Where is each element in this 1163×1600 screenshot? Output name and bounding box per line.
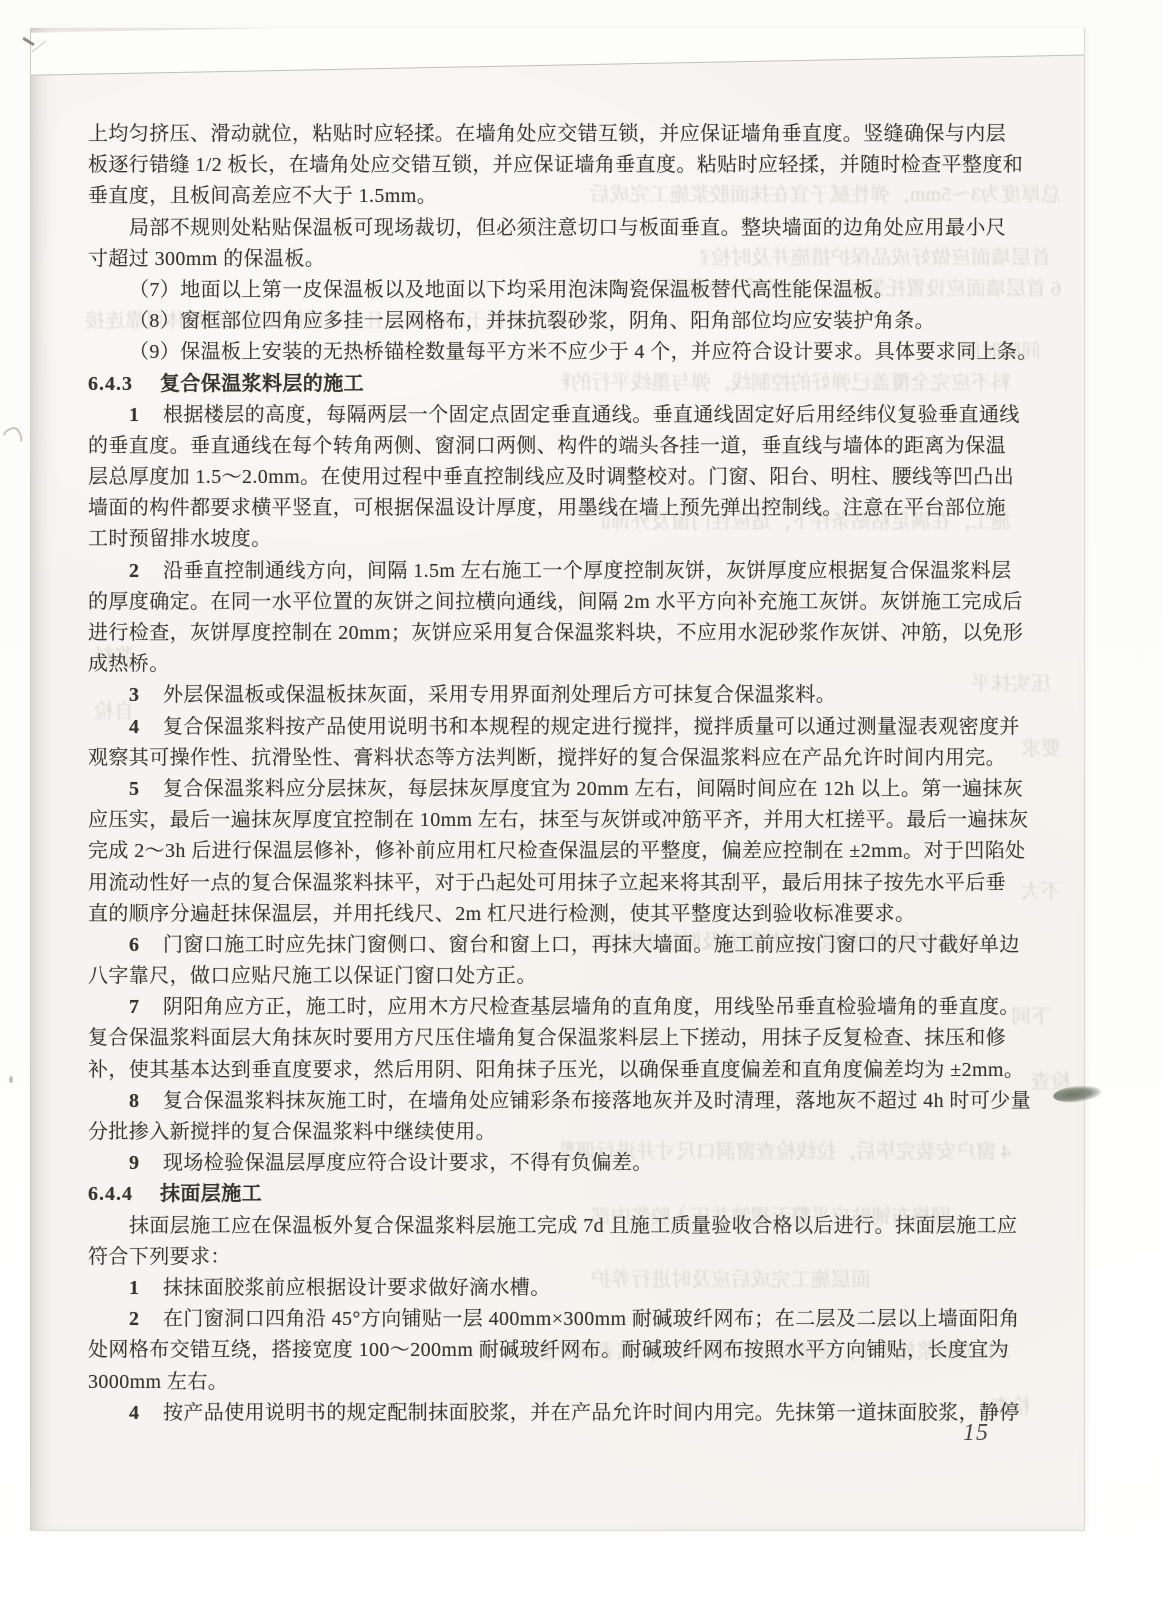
line-text: 复合保温浆料应分层抹灰，每层抹灰厚度宜为 20mm 左右，间隔时间应在 12h … [163, 778, 1023, 800]
text-line: 6.4.4抹面层施工 [88, 1179, 1008, 1210]
page-number: 15 [963, 1420, 1023, 1447]
line-text: 的厚度确定。在同一水平位置的灰饼之间拉横向通线，间隔 2m 水平方向补充施工灰饼… [88, 591, 1023, 613]
bleedthrough-line: 不大 [1001, 880, 1061, 904]
text-line: 符合下列要求： [88, 1242, 1008, 1273]
line-text: 门窗口施工时应先抹门窗侧口、窗台和窗上口，再抹大墙面。施工前应按门窗口的尺寸截好… [163, 934, 1020, 956]
text-line: 复合保温浆料面层大角抹灰时要用方尺压住墙角复合保温浆料层上下搓动，用抹子反复检查… [88, 1023, 1008, 1054]
line-text: 在门窗洞口四角沿 45°方向铺贴一层 400mm×300mm 耐碱玻纤网布；在二… [163, 1308, 1020, 1330]
item-number: 5 [129, 778, 140, 800]
text-line: 抹面层施工应在保温板外复合保温浆料层施工完成 7d 且施工质量验收合格以后进行。… [88, 1211, 1008, 1242]
line-text: 根据楼层的高度，每隔两层一个固定点固定垂直通线。垂直通线固定好后用经纬仪复验垂直… [163, 404, 1020, 426]
item-number: 4 [129, 1402, 140, 1424]
text-line: 4复合保温浆料按产品使用说明书和本规程的规定进行搅拌，搅拌质量可以通过测量湿表观… [88, 712, 1008, 743]
line-text: 观察其可操作性、抗滑坠性、膏料状态等方法判断，搅拌好的复合保温浆料应在产品允许时… [88, 747, 1006, 769]
line-text: 抹抹面胶浆前应根据设计要求做好滴水槽。 [163, 1277, 551, 1299]
text-line: 的垂直度。垂直通线在每个转角两侧、窗洞口两侧、构件的端头各挂一道，垂直线与墙体的… [88, 431, 1008, 462]
line-text: 分批掺入新搅拌的复合保温浆料中继续使用。 [88, 1121, 496, 1143]
line-text: 的垂直度。垂直通线在每个转角两侧、窗洞口两侧、构件的端头各挂一道，垂直线与墙体的… [88, 435, 1006, 457]
pencil-squiggle-mark [0, 425, 25, 452]
text-line: 2沿垂直控制通线方向，间隔 1.5m 左右施工一个厚度控制灰饼，灰饼厚度应根据复… [88, 556, 1008, 587]
line-text: 板逐行错缝 1/2 板长，在墙角处应交错互锁，并应保证墙角垂直度。粘贴时应轻揉，… [88, 154, 1023, 176]
line-text: 垂直度，且板间高差应不大于 1.5mm。 [88, 185, 437, 207]
line-text: 符合下列要求： [88, 1246, 231, 1268]
line-text: 成热桥。 [88, 653, 170, 675]
text-line: 成热桥。 [88, 649, 1008, 680]
item-number: 6 [129, 934, 140, 956]
text-line: 观察其可操作性、抗滑坠性、膏料状态等方法判断，搅拌好的复合保温浆料应在产品允许时… [88, 743, 1008, 774]
item-number: 1 [129, 1277, 140, 1299]
text-line: 4按产品使用说明书的规定配制抹面胶浆，并在产品允许时间内用完。先抹第一道抹面胶浆… [88, 1398, 1008, 1429]
line-text: 抹面层施工 [160, 1183, 262, 1205]
text-line: （9）保温板上安装的无热桥锚栓数量每平方米不应少于 4 个，并应符合设计要求。具… [88, 337, 1008, 368]
line-text: 应压实，最后一遍抹灰厚度宜控制在 10mm 左右，抹至与灰饼或冲筋平齐，并用大杠… [88, 809, 1029, 831]
line-text: 完成 2～3h 后进行保温层修补，修补前应用杠尺检查保温层的平整度，偏差应控制在… [88, 840, 1026, 862]
text-line: 垂直度，且板间高差应不大于 1.5mm。 [88, 181, 1008, 212]
text-line: 5复合保温浆料应分层抹灰，每层抹灰厚度宜为 20mm 左右，间隔时间应在 12h… [88, 774, 1008, 805]
line-text: 局部不规则处粘贴保温板可现场裁切，但必须注意切口与板面垂直。整块墙面的边角处应用… [129, 217, 1006, 239]
text-line: 墙面的构件都要求横平竖直，可根据保温设计厚度，用墨线在墙上预先弹出控制线。注意在… [88, 493, 1008, 524]
text-line: 1抹抹面胶浆前应根据设计要求做好滴水槽。 [88, 1273, 1008, 1304]
text-line: 分批掺入新搅拌的复合保温浆料中继续使用。 [88, 1117, 1008, 1148]
item-number: 6.4.4 [88, 1183, 133, 1205]
line-text: （9）保温板上安装的无热桥锚栓数量每平方米不应少于 4 个，并应符合设计要求。具… [129, 341, 1038, 363]
text-line: 应压实，最后一遍抹灰厚度宜控制在 10mm 左右，抹至与灰饼或冲筋平齐，并用大杠… [88, 805, 1008, 836]
line-text: 墙面的构件都要求横平竖直，可根据保温设计厚度，用墨线在墙上预先弹出控制线。注意在… [88, 497, 1006, 519]
text-line: 用流动性好一点的复合保温浆料抹平，对于凸起处可用抹子立起来将其刮平，最后用抹子按… [88, 868, 1008, 899]
text-line: 补，使其基本达到垂直度要求，然后用阴、阳角抹子压光，以确保垂直度偏差和直角度偏差… [88, 1055, 1008, 1086]
text-line: 完成 2～3h 后进行保温层修补，修补前应用杠尺检查保温层的平整度，偏差应控制在… [88, 836, 1008, 867]
line-text: 寸超过 300mm 的保温板。 [88, 248, 325, 270]
text-line: 层总厚度加 1.5～2.0mm。在使用过程中垂直控制线应及时调整校对。门窗、阳台… [88, 462, 1008, 493]
text-line: 2在门窗洞口四角沿 45°方向铺贴一层 400mm×300mm 耐碱玻纤网布；在… [88, 1304, 1008, 1335]
item-number: 8 [129, 1090, 140, 1112]
line-text: （8）窗框部位四角应多挂一层网格布，并抹抗裂砂浆，阴角、阳角部位均应安装护角条。 [129, 310, 935, 332]
edge-fleck-mark [9, 1076, 13, 1083]
page-scan: 总厚度为3～5mm，弹性腻子宜在抹面胶浆施工完成后进行涂刷压实 首层墙面应做好成… [30, 28, 1085, 1531]
line-text: 现场检验保温层厚度应符合设计要求，不得有负偏差。 [163, 1152, 653, 1174]
line-text: 层总厚度加 1.5～2.0mm。在使用过程中垂直控制线应及时调整校对。门窗、阳台… [88, 466, 1014, 488]
line-text: 上均匀挤压、滑动就位，粘贴时应轻揉。在墙角处应交错互锁，并应保证墙角垂直度。竖缝… [88, 123, 1006, 145]
item-number: 6.4.3 [88, 373, 133, 395]
text-line: 上均匀挤压、滑动就位，粘贴时应轻揉。在墙角处应交错互锁，并应保证墙角垂直度。竖缝… [88, 119, 1008, 150]
line-text: 工时预留排水坡度。 [88, 528, 272, 550]
text-line: 进行检查，灰饼厚度控制在 20mm；灰饼应采用复合保温浆料块，不应用水泥砂浆作灰… [88, 618, 1008, 649]
text-line: 八字靠尺，做口应贴尺施工以保证门窗口处方正。 [88, 961, 1008, 992]
text-line: 7阴阳角应方正，施工时，应用木方尺检查基层墙角的直角度，用线坠吊垂直检验墙角的垂… [88, 992, 1008, 1023]
line-text: 补，使其基本达到垂直度要求，然后用阴、阳角抹子压光，以确保垂直度偏差和直角度偏差… [88, 1059, 1024, 1081]
text-line: 寸超过 300mm 的保温板。 [88, 244, 1008, 275]
line-text: 直的顺序分遍赶抹保温层，并用托线尺、2m 杠尺进行检测，使其平整度达到验收标准要… [88, 903, 915, 925]
line-text: 阴阳角应方正，施工时，应用木方尺检查基层墙角的直角度，用线坠吊垂直检验墙角的垂直… [163, 996, 1020, 1018]
line-text: 用流动性好一点的复合保温浆料抹平，对于凸起处可用抹子立起来将其刮平，最后用抹子按… [88, 872, 1006, 894]
text-line: 6门窗口施工时应先抹门窗侧口、窗台和窗上口，再抹大墙面。施工前应按门窗口的尺寸截… [88, 930, 1008, 961]
line-text: 3000mm 左右。 [88, 1371, 228, 1393]
line-text: 按产品使用说明书的规定配制抹面胶浆，并在产品允许时间内用完。先抹第一道抹面胶浆，… [163, 1402, 1020, 1424]
item-number: 1 [129, 404, 140, 426]
text-line: 工时预留排水坡度。 [88, 524, 1008, 555]
text-line: 3000mm 左右。 [88, 1367, 1008, 1398]
text-line: 8复合保温浆料抹灰施工时，在墙角处应铺彩条布接落地灰并及时清理，落地灰不超过 4… [88, 1086, 1008, 1117]
text-line: 6.4.3复合保温浆料层的施工 [88, 369, 1008, 400]
item-number: 7 [129, 996, 140, 1018]
text-line: 3外层保温板或保温板抹灰面，采用专用界面剂处理后方可抹复合保温浆料。 [88, 680, 1008, 711]
text-line: 直的顺序分遍赶抹保温层，并用托线尺、2m 杠尺进行检测，使其平整度达到验收标准要… [88, 899, 1008, 930]
text-line: 1根据楼层的高度，每隔两层一个固定点固定垂直通线。垂直通线固定好后用经纬仪复验垂… [88, 400, 1008, 431]
text-line: （8）窗框部位四角应多挂一层网格布，并抹抗裂砂浆，阴角、阳角部位均应安装护角条。 [88, 306, 1008, 337]
text-line: 9现场检验保温层厚度应符合设计要求，不得有负偏差。 [88, 1148, 1008, 1179]
text-line: 板逐行错缝 1/2 板长，在墙角处应交错互锁，并应保证墙角垂直度。粘贴时应轻揉，… [88, 150, 1008, 181]
line-text: 复合保温浆料面层大角抹灰时要用方尺压住墙角复合保温浆料层上下搓动，用抹子反复检查… [88, 1027, 1006, 1049]
text-line: 的厚度确定。在同一水平位置的灰饼之间拉横向通线，间隔 2m 水平方向补充施工灰饼… [88, 587, 1008, 618]
line-text: （7）地面以上第一皮保温板以及地面以下均采用泡沫陶瓷保温板替代高性能保温板。 [129, 279, 894, 301]
line-text: 沿垂直控制通线方向，间隔 1.5m 左右施工一个厚度控制灰饼，灰饼厚度应根据复合… [163, 560, 1012, 582]
item-number: 2 [129, 1308, 140, 1330]
line-text: 进行检查，灰饼厚度控制在 20mm；灰饼应采用复合保温浆料块，不应用水泥砂浆作灰… [88, 622, 1023, 644]
text-column: 上均匀挤压、滑动就位，粘贴时应轻揉。在墙角处应交错互锁，并应保证墙角垂直度。竖缝… [88, 119, 1008, 1429]
text-line: 处网格布交错互绕，搭接宽度 100～200mm 耐碱玻纤网布。耐碱玻纤网布按照水… [88, 1335, 1008, 1366]
line-text: 复合保温浆料按产品使用说明书和本规程的规定进行搅拌，搅拌质量可以通过测量湿表观密… [163, 716, 1020, 738]
text-line: 局部不规则处粘贴保温板可现场裁切，但必须注意切口与板面垂直。整块墙面的边角处应用… [88, 213, 1008, 244]
line-text: 复合保温浆料抹灰施工时，在墙角处应铺彩条布接落地灰并及时清理，落地灰不超过 4h… [163, 1090, 1031, 1112]
line-text: 复合保温浆料层的施工 [160, 373, 364, 395]
item-number: 2 [129, 560, 140, 582]
line-text: 抹面层施工应在保温板外复合保温浆料层施工完成 7d 且施工质量验收合格以后进行。… [129, 1215, 1017, 1237]
item-number: 4 [129, 716, 140, 738]
page-top-edge [30, 28, 1085, 76]
scanned-document: { "document": { "page_number": "15", "co… [0, 0, 1163, 1600]
item-number: 9 [129, 1152, 140, 1174]
line-text: 外层保温板或保温板抹灰面，采用专用界面剂处理后方可抹复合保温浆料。 [163, 684, 836, 706]
item-number: 3 [129, 684, 140, 706]
line-text: 八字靠尺，做口应贴尺施工以保证门窗口处方正。 [88, 965, 537, 987]
text-line: （7）地面以上第一皮保温板以及地面以下均采用泡沫陶瓷保温板替代高性能保温板。 [88, 275, 1008, 306]
line-text: 处网格布交错互绕，搭接宽度 100～200mm 耐碱玻纤网布。耐碱玻纤网布按照水… [88, 1339, 1009, 1361]
